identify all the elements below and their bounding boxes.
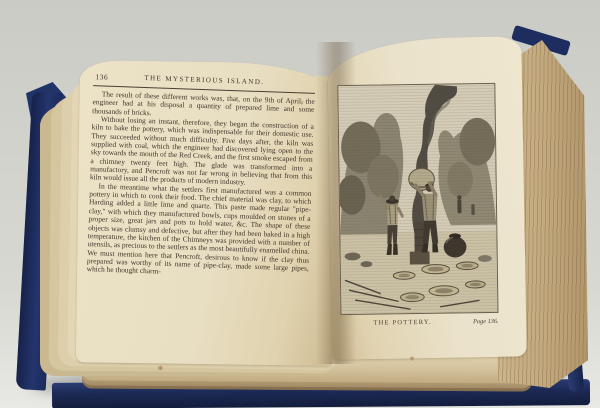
left-page-content: 136 THE MYSTERIOUS ISLAND. The result of… — [87, 72, 316, 281]
illustration-plate — [337, 83, 498, 315]
engraving-hatch-texture — [338, 84, 497, 314]
pottery-engraving — [338, 84, 497, 314]
book-photograph: 136 THE MYSTERIOUS ISLAND. The result of… — [0, 0, 600, 408]
foxing-spot — [409, 356, 415, 361]
body-text: The result of these different works was,… — [87, 90, 315, 281]
paragraph: Without losing an instant, therefore, th… — [90, 115, 314, 189]
foxing-spot — [157, 365, 164, 371]
right-page-content: THE POTTERY. Page 136. — [334, 83, 501, 331]
plate-page-reference: Page 136. — [473, 318, 499, 325]
foxing-spot — [300, 100, 304, 104]
page-number: 136 — [95, 72, 108, 81]
plate-caption: THE POTTERY. — [338, 318, 468, 327]
paragraph: In the meantime what the settlers first … — [87, 182, 312, 281]
plate-caption-row: THE POTTERY. Page 136. — [338, 318, 502, 331]
